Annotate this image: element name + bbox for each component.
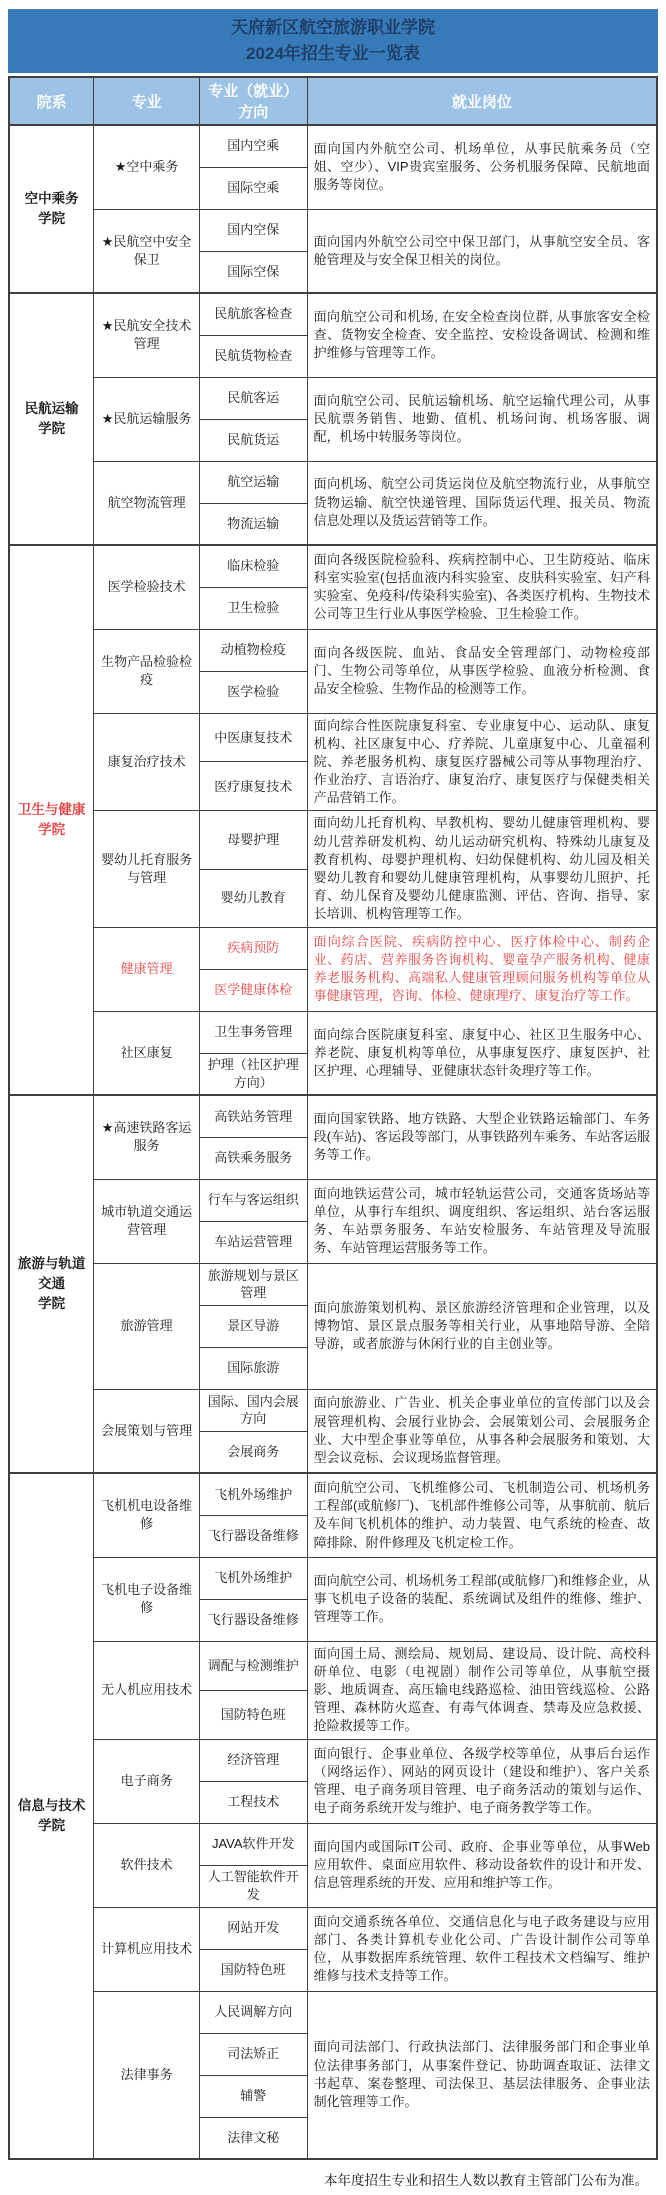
column-header-row: 院系 专业 专业（就业）方向 就业岗位 xyxy=(9,77,657,125)
direction-cell: 物流运输 xyxy=(199,503,307,545)
direction-cell: 婴幼儿教育 xyxy=(199,869,307,927)
table-row: 无人机应用技术调配与检测维护面向国土局、测绘局、规划局、建设局、设计院、高校科研… xyxy=(9,1641,657,1690)
table-row: 社区康复卫生事务管理面向综合医院康复科室、康复中心、社区卫生服务中心、养老院、康… xyxy=(9,1011,657,1053)
direction-cell: 法律文秘 xyxy=(199,2117,307,2159)
direction-cell: 民航货物检查 xyxy=(199,335,307,377)
direction-cell: 卫生事务管理 xyxy=(199,1011,307,1053)
table-row: 生物产品检验检疫动植物检疫面向各级医院、血站、食品安全管理部门、动物检疫部门、生… xyxy=(9,629,657,671)
direction-cell: 人民调解方向 xyxy=(199,1991,307,2033)
jobs-cell: 面向航空公司、机场机务工程部(或航修厂)和维修企业，从事飞机电子设备的装配、系统… xyxy=(307,1557,657,1641)
direction-cell: 工程技术 xyxy=(199,1781,307,1823)
jobs-cell: 面向各级医院、血站、食品安全管理部门、动物检疫部门、生物公司等单位，从事医学检验… xyxy=(307,629,657,713)
direction-cell: 飞机外场维护 xyxy=(199,1473,307,1515)
direction-cell: 行车与客运组织 xyxy=(199,1179,307,1221)
direction-cell: 国防特色班 xyxy=(199,1690,307,1739)
direction-cell: 卫生检验 xyxy=(199,587,307,629)
jobs-cell: 面向各级医院检验科、疾病控制中心、卫生防疫站、临床科室实验室(包括血液内科实验室… xyxy=(307,545,657,629)
major-cell: ★民航安全技术管理 xyxy=(94,293,200,377)
jobs-cell: 面向国家铁路、地方铁路、大型企业铁路运输部门、车务段(车站)、客运段等部门，从事… xyxy=(307,1095,657,1179)
major-cell: ★民航运输服务 xyxy=(94,377,200,461)
jobs-cell: 面向机场、航空公司货运岗位及航空物流行业，从事航空货物运输、航空快递管理、国际货… xyxy=(307,461,657,545)
direction-cell: 民航客运 xyxy=(199,377,307,419)
direction-cell: 疾病预防 xyxy=(199,927,307,969)
table-row: 法律事务人民调解方向面向司法部门、行政执法部门、法律服务部门和企事业单位法律事务… xyxy=(9,1991,657,2033)
table-row: 旅游管理旅游规划与景区管理面向旅游策划机构、景区旅游经济管理和企业管理，以及博物… xyxy=(9,1263,657,1305)
major-cell: 医学检验技术 xyxy=(94,545,200,629)
major-cell: 康复治疗技术 xyxy=(94,713,200,811)
table-row: 健康管理疾病预防面向综合医院、疾病防控中心、医疗体检中心、制药企业、药店、营养服… xyxy=(9,927,657,969)
direction-cell: 医学检验 xyxy=(199,671,307,713)
major-cell: 会展策划与管理 xyxy=(94,1389,200,1473)
direction-cell: 调配与检测维护 xyxy=(199,1641,307,1690)
jobs-cell: 面向国内或国际IT公司、政府、企事业等单位，从事Web应用软件、桌面应用软件、移… xyxy=(307,1823,657,1907)
jobs-cell: 面向交通系统各单位、交通信息化与电子政务建设与应用部门、各类计算机专业化公司、广… xyxy=(307,1907,657,1991)
jobs-cell: 面向综合医院、疾病防控中心、医疗体检中心、制药企业、药店、营养服务咨询机构、婴童… xyxy=(307,927,657,1011)
major-cell: 电子商务 xyxy=(94,1739,200,1823)
major-cell: 生物产品检验检疫 xyxy=(94,629,200,713)
major-cell: 法律事务 xyxy=(94,1991,200,2159)
table-row: 康复治疗技术中医康复技术面向综合性医院康复科室、专业康复中心、运动队、康复机构、… xyxy=(9,713,657,762)
major-cell: ★民航空中安全保卫 xyxy=(94,209,200,293)
direction-cell: 民航货运 xyxy=(199,419,307,461)
jobs-cell: 面向司法部门、行政执法部门、法律服务部门和企事业单位法律事务部门，从事案件登记、… xyxy=(307,1991,657,2159)
table-row: 会展策划与管理国际、国内会展方向面向旅游业、广告业、机关企事业单位的宣传部门以及… xyxy=(9,1389,657,1431)
direction-cell: 中医康复技术 xyxy=(199,713,307,762)
direction-cell: 车站运营管理 xyxy=(199,1221,307,1263)
department-cell: 卫生与健康 学院 xyxy=(9,545,94,1095)
major-cell: 飞机机电设备维修 xyxy=(94,1473,200,1557)
direction-cell: 经济管理 xyxy=(199,1739,307,1781)
direction-cell: 国际空乘 xyxy=(199,167,307,209)
direction-cell: 医学健康体检 xyxy=(199,969,307,1011)
direction-cell: 飞机外场维护 xyxy=(199,1557,307,1599)
title-line-2: 2024年招生专业一览表 xyxy=(8,41,658,67)
major-cell: ★高速铁路客运服务 xyxy=(94,1095,200,1179)
major-cell: 航空物流管理 xyxy=(94,461,200,545)
major-cell: 城市轨道交通运营管理 xyxy=(94,1179,200,1263)
jobs-cell: 面向银行、企事业单位、各级学校等单位，从事后台运作（网络运作）、网站的网页设计（… xyxy=(307,1739,657,1823)
jobs-cell: 面向航空公司、民航运输机场、航空运输代理公司，从事民航票务销售、地勤、值机、机场… xyxy=(307,377,657,461)
column-header-jobs: 就业岗位 xyxy=(307,77,657,125)
column-header-major: 专业 xyxy=(94,77,200,125)
footer-note: 本年度招生专业和招生人数以教育主管部门公布为准。 xyxy=(8,2160,658,2189)
direction-cell: 航空运输 xyxy=(199,461,307,503)
jobs-cell: 面向综合性医院康复科室、专业康复中心、运动队、康复机构、社区康复中心、疗养院、儿… xyxy=(307,713,657,811)
jobs-cell: 面向国内外航空公司、机场单位，从事民航乘务员（空姐、空少）、VIP贵宾室服务、公… xyxy=(307,125,657,209)
title-bar: 天府新区航空旅游职业学院 2024年招生专业一览表 xyxy=(8,9,658,73)
table-row: 卫生与健康 学院医学检验技术临床检验面向各级医院检验科、疾病控制中心、卫生防疫站… xyxy=(9,545,657,587)
direction-cell: 高铁乘务服务 xyxy=(199,1137,307,1179)
jobs-cell: 面向旅游策划机构、景区旅游经济管理和企业管理，以及博物馆、景区景点服务等相关行业… xyxy=(307,1263,657,1389)
direction-cell: 飞行器设备维修 xyxy=(199,1599,307,1641)
page: 天府新区航空旅游职业学院 2024年招生专业一览表 院系 专业 专业（就业）方向… xyxy=(0,0,666,2195)
direction-cell: 网站开发 xyxy=(199,1907,307,1949)
direction-cell: 医疗康复技术 xyxy=(199,762,307,811)
department-cell: 民航运输 学院 xyxy=(9,293,94,545)
table-row: 航空物流管理航空运输面向机场、航空公司货运岗位及航空物流行业，从事航空货物运输、… xyxy=(9,461,657,503)
table-header: 院系 专业 专业（就业）方向 就业岗位 xyxy=(9,77,657,125)
table-row: 城市轨道交通运营管理行车与客运组织面向地铁运营公司，城市轻轨运营公司，交通客货场… xyxy=(9,1179,657,1221)
jobs-cell: 面向旅游业、广告业、机关企事业单位的宣传部门以及会展管理机构、会展行业协会、会展… xyxy=(307,1389,657,1473)
major-cell: 飞机电子设备维修 xyxy=(94,1557,200,1641)
jobs-cell: 面向幼儿托育机构、早教机构、婴幼儿健康管理机构、婴幼儿营养研发机构、幼儿运动研究… xyxy=(307,811,657,927)
direction-cell: 辅警 xyxy=(199,2075,307,2117)
major-cell: 健康管理 xyxy=(94,927,200,1011)
department-cell: 旅游与轨道交通 学院 xyxy=(9,1095,94,1473)
direction-cell: 母婴护理 xyxy=(199,811,307,869)
jobs-cell: 面向综合医院康复科室、康复中心、社区卫生服务中心、养老院、康复机构等单位，从事康… xyxy=(307,1011,657,1095)
direction-cell: 国内空乘 xyxy=(199,125,307,167)
direction-cell: 国际空保 xyxy=(199,251,307,293)
direction-cell: 动植物检疫 xyxy=(199,629,307,671)
table-row: ★民航运输服务民航客运面向航空公司、民航运输机场、航空运输代理公司，从事民航票务… xyxy=(9,377,657,419)
major-cell: 旅游管理 xyxy=(94,1263,200,1389)
jobs-cell: 面向国土局、测绘局、规划局、建设局、设计院、高校科研单位、电影（电视剧）制作公司… xyxy=(307,1641,657,1739)
jobs-cell: 面向地铁运营公司，城市轻轨运营公司，交通客货场站等单位，从事行车组织、调度组织、… xyxy=(307,1179,657,1263)
jobs-cell: 面向国内外航空公司空中保卫部门，从事航空安全员、客舱管理及与安全保卫相关的岗位。 xyxy=(307,209,657,293)
majors-table-body: 空中乘务 学院★空中乘务国内空乘面向国内外航空公司、机场单位，从事民航乘务员（空… xyxy=(9,125,657,2159)
direction-cell: 司法矫正 xyxy=(199,2033,307,2075)
direction-cell: 飞行器设备维修 xyxy=(199,1515,307,1557)
direction-cell: 民航旅客检查 xyxy=(199,293,307,335)
table-row: 信息与技术 学院飞机机电设备维修飞机外场维护面向航空公司、飞机维修公司、飞机制造… xyxy=(9,1473,657,1515)
table-row: 旅游与轨道交通 学院★高速铁路客运服务高铁站务管理面向国家铁路、地方铁路、大型企… xyxy=(9,1095,657,1137)
major-cell: 社区康复 xyxy=(94,1011,200,1095)
direction-cell: JAVA软件开发 xyxy=(199,1823,307,1865)
direction-cell: 国际、国内会展方向 xyxy=(199,1389,307,1431)
table-row: 电子商务经济管理面向银行、企事业单位、各级学校等单位，从事后台运作（网络运作）、… xyxy=(9,1739,657,1781)
major-cell: 婴幼儿托育服务与管理 xyxy=(94,811,200,927)
table-row: 计算机应用技术网站开发面向交通系统各单位、交通信息化与电子政务建设与应用部门、各… xyxy=(9,1907,657,1949)
direction-cell: 人工智能软件开发 xyxy=(199,1865,307,1907)
direction-cell: 国内空保 xyxy=(199,209,307,251)
direction-cell: 会展商务 xyxy=(199,1431,307,1473)
direction-cell: 临床检验 xyxy=(199,545,307,587)
major-cell: 无人机应用技术 xyxy=(94,1641,200,1739)
column-header-department: 院系 xyxy=(9,77,94,125)
direction-cell: 国防特色班 xyxy=(199,1949,307,1991)
table-row: 民航运输 学院★民航安全技术管理民航旅客检查面向航空公司和机场, 在安全检查岗位… xyxy=(9,293,657,335)
table-row: ★民航空中安全保卫国内空保面向国内外航空公司空中保卫部门，从事航空安全员、客舱管… xyxy=(9,209,657,251)
title-line-1: 天府新区航空旅游职业学院 xyxy=(8,15,658,41)
major-cell: 软件技术 xyxy=(94,1823,200,1907)
table-row: 软件技术JAVA软件开发面向国内或国际IT公司、政府、企事业等单位，从事Web应… xyxy=(9,1823,657,1865)
direction-cell: 护理（社区护理方向） xyxy=(199,1053,307,1095)
majors-table: 院系 专业 专业（就业）方向 就业岗位 空中乘务 学院★空中乘务国内空乘面向国内… xyxy=(8,76,658,2160)
jobs-cell: 面向航空公司和机场, 在安全检查岗位群, 从事旅客安全检查、货物安全检查、安全监… xyxy=(307,293,657,377)
table-row: 空中乘务 学院★空中乘务国内空乘面向国内外航空公司、机场单位，从事民航乘务员（空… xyxy=(9,125,657,167)
direction-cell: 旅游规划与景区管理 xyxy=(199,1263,307,1305)
major-cell: 计算机应用技术 xyxy=(94,1907,200,1991)
column-header-direction: 专业（就业）方向 xyxy=(199,77,307,125)
table-row: 飞机电子设备维修飞机外场维护面向航空公司、机场机务工程部(或航修厂)和维修企业，… xyxy=(9,1557,657,1599)
jobs-cell: 面向航空公司、飞机维修公司、飞机制造公司、机场机务工程部(或航修厂)、飞机部件维… xyxy=(307,1473,657,1557)
major-cell: ★空中乘务 xyxy=(94,125,200,209)
department-cell: 信息与技术 学院 xyxy=(9,1473,94,2159)
table-row: 婴幼儿托育服务与管理母婴护理面向幼儿托育机构、早教机构、婴幼儿健康管理机构、婴幼… xyxy=(9,811,657,869)
department-cell: 空中乘务 学院 xyxy=(9,125,94,293)
direction-cell: 高铁站务管理 xyxy=(199,1095,307,1137)
direction-cell: 国际旅游 xyxy=(199,1347,307,1389)
direction-cell: 景区导游 xyxy=(199,1305,307,1347)
